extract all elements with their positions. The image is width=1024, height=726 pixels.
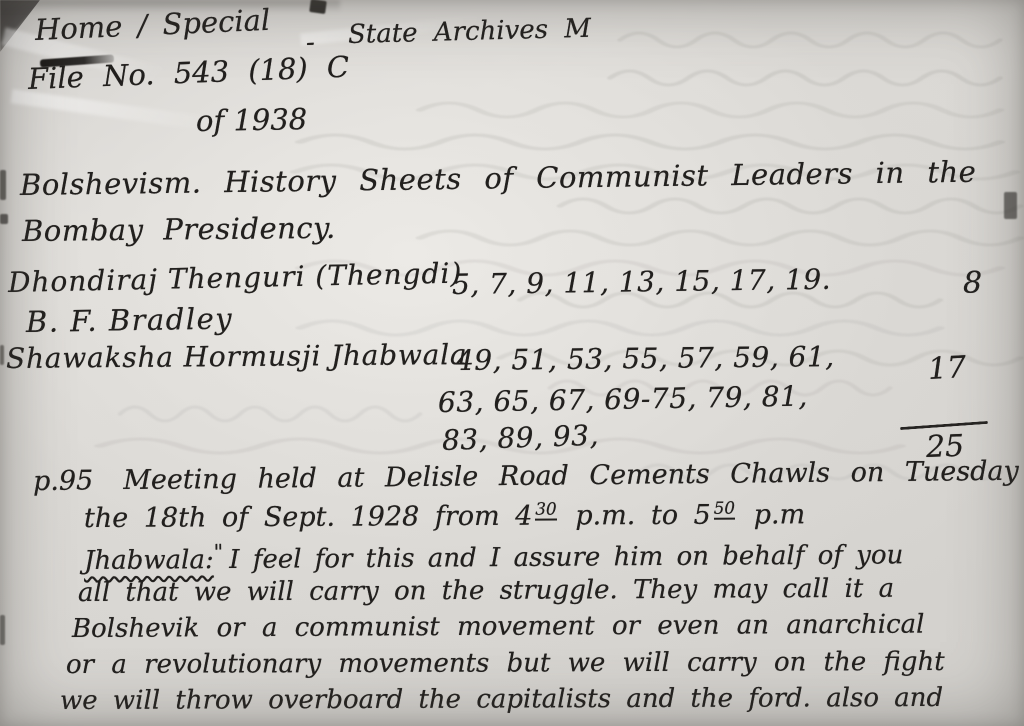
handwritten-note-photo: Home / Special - State Archives M File N…: [0, 0, 1024, 726]
right-edge-mark: [1004, 192, 1017, 219]
quote-speaker: Jhabwala:: [84, 545, 214, 576]
subject-title-line2: Bombay Presidency.: [22, 211, 336, 248]
page-reference: p.95: [33, 465, 94, 497]
time-superscript: 50: [714, 500, 735, 520]
subject-title-line1: Bolshevism. History Sheets of Communist …: [20, 155, 977, 202]
entry-pages: 5, 7, 9, 11, 13, 15, 17, 19.: [452, 263, 832, 301]
open-quote-mark: ": [214, 540, 224, 564]
left-edge-mark: [0, 615, 5, 645]
entry-name: B. F. Bradley: [26, 301, 234, 339]
left-edge-mark: [0, 214, 8, 224]
quote-line1: Jhabwala:"I feel for this and I assure h…: [84, 535, 904, 576]
meeting-note-text: Meeting held at Delisle Road Cements Cha…: [123, 456, 1019, 496]
meeting-time-text: the 18th of Sept. 1928 from 4: [84, 501, 533, 534]
left-edge-mark: [0, 345, 4, 365]
quote-text: I feel for this and I assure him on beha…: [229, 540, 903, 575]
time-superscript: 30: [535, 501, 556, 521]
file-year: of 1938: [196, 102, 308, 138]
quote-line4: or a revolutionary movements but we will…: [66, 647, 945, 680]
entry-pages-overflow: 63, 65, 67, 69-75, 79, 81,: [438, 380, 808, 419]
entry-pages: 49, 51, 53, 55, 57, 59, 61,: [456, 340, 835, 377]
entry-name: Dhondiraj Thenguri (Thengdi): [8, 256, 463, 299]
entry-pages-overflow: 83, 89, 93,: [441, 419, 599, 457]
entry-count: 17: [927, 350, 967, 387]
quote-line2: all that we will carry on the struggle. …: [78, 574, 894, 608]
quote-line3: Bolshevik or a communist movement or eve…: [72, 610, 925, 644]
quote-line5: we will throw overboard the capitalists …: [60, 683, 943, 716]
header-archive: State Archives M: [348, 14, 592, 50]
entry-count: 8: [963, 266, 982, 301]
meeting-time-text: p.m. to 5: [575, 500, 711, 532]
left-edge-mark: [0, 170, 6, 200]
meeting-time-text: p.m: [754, 499, 806, 530]
entry-name: Shawaksha Hormusji Jhabwala: [6, 338, 468, 375]
top-edge-notch: [309, 0, 327, 14]
meeting-note-line1: p.95Meeting held at Delisle Road Cements…: [33, 456, 1019, 497]
meeting-note-line2: the 18th of Sept. 1928 from 430 p.m. to …: [84, 499, 805, 534]
header-department: Home / Special: [34, 3, 271, 47]
